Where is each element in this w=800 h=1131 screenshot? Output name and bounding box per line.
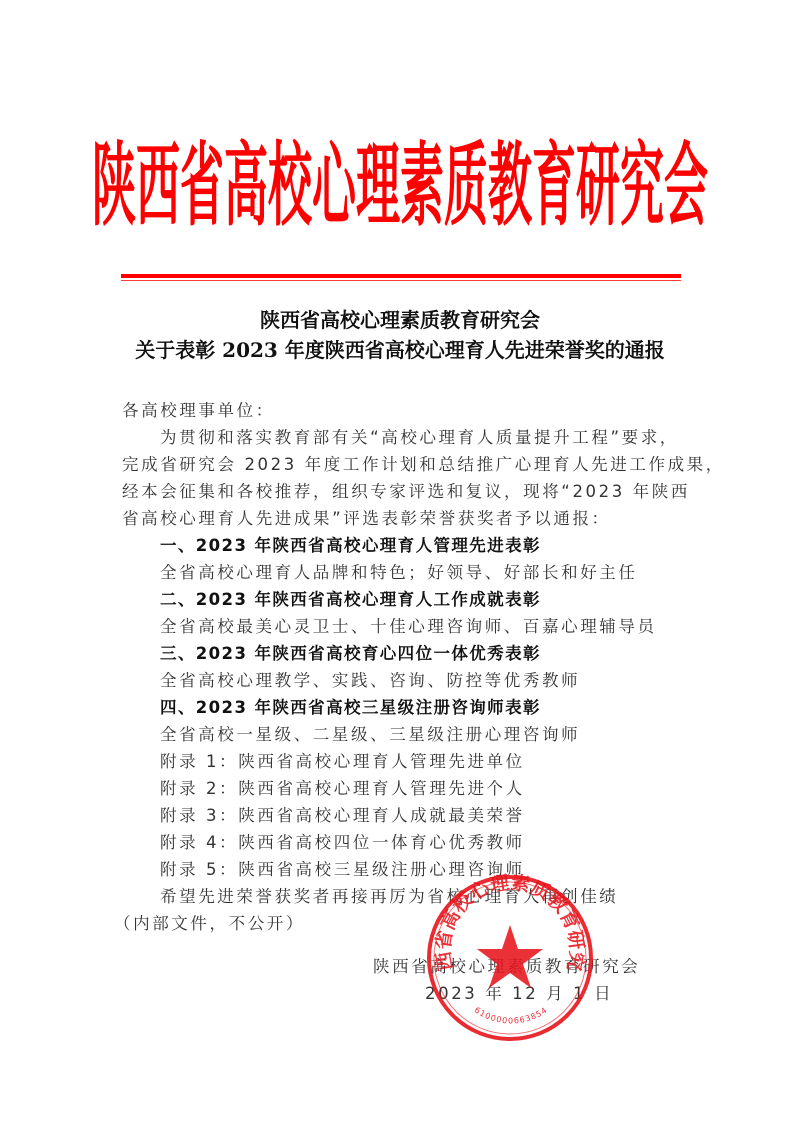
paragraph-line: 经本会征集和各校推荐，组织专家评选和复议，现将“2023 年陕西	[122, 478, 692, 505]
section-detail: 全省高校心理育人品牌和特色；好领导、好部长和好主任	[122, 559, 692, 586]
red-divider-thin	[121, 280, 681, 281]
section-detail: 全省高校心理教学、实践、咨询、防控等优秀教师	[122, 667, 692, 694]
svg-text:6100000663854: 6100000663854	[473, 1005, 549, 1025]
paragraph-line: 完成省研究会 2023 年度工作计划和总结推广心理育人先进工作成果，	[122, 451, 692, 478]
section-heading: 四、2023 年陕西省高校三星级注册咨询师表彰	[122, 694, 692, 721]
paragraph-line: 为贯彻和落实教育部有关“高校心理育人质量提升工程”要求，	[122, 424, 692, 451]
masthead: 陕西省高校心理素质教育研究会	[120, 128, 680, 248]
section-detail: 全省高校最美心灵卫士、十佳心理咨询师、百嘉心理辅导员	[122, 613, 692, 640]
appendix-item: 附录 2：陕西省高校心理育人管理先进个人	[122, 775, 692, 802]
red-divider	[121, 274, 681, 278]
document-page: 陕西省高校心理素质教育研究会 陕西省高校心理素质教育研究会 关于表彰 2023 …	[0, 0, 800, 1131]
document-body: 各高校理事单位： 为贯彻和落实教育部有关“高校心理育人质量提升工程”要求， 完成…	[122, 397, 692, 937]
section-detail: 全省高校一星级、二星级、三星级注册心理咨询师	[122, 721, 692, 748]
salutation: 各高校理事单位：	[122, 397, 692, 424]
appendix-item: 附录 5：陕西省高校三星级注册心理咨询师	[122, 856, 692, 883]
paragraph-line: 省高校心理育人先进成果”评选表彰荣誉获奖者予以通报：	[122, 505, 692, 532]
closing-line: 希望先进荣誉获奖者再接再厉为省校心理育人再创佳绩	[122, 883, 692, 910]
document-title-line2: 关于表彰 2023 年度陕西省高校心理育人先进荣誉奖的通报	[100, 336, 700, 364]
section-heading: 二、2023 年陕西省高校心理育人工作成就表彰	[122, 586, 692, 613]
confidential-note: （内部文件，不公开）	[114, 910, 692, 937]
masthead-title: 陕西省高校心理素质教育研究会	[92, 143, 708, 233]
signature-date: 2023 年 12 月 1 日	[425, 980, 613, 1007]
section-heading: 一、2023 年陕西省高校心理育人管理先进表彰	[122, 532, 692, 559]
document-title-line1: 陕西省高校心理素质教育研究会	[100, 306, 700, 334]
signature-organization: 陕西省高校心理素质教育研究会	[373, 953, 640, 980]
seal-code-text: 6100000663854	[473, 1005, 549, 1025]
section-heading: 三、2023 年陕西省高校育心四位一体优秀表彰	[122, 640, 692, 667]
appendix-item: 附录 3：陕西省高校心理育人成就最美荣誉	[122, 802, 692, 829]
appendix-item: 附录 4：陕西省高校四位一体育心优秀教师	[122, 829, 692, 856]
appendix-item: 附录 1：陕西省高校心理育人管理先进单位	[122, 748, 692, 775]
